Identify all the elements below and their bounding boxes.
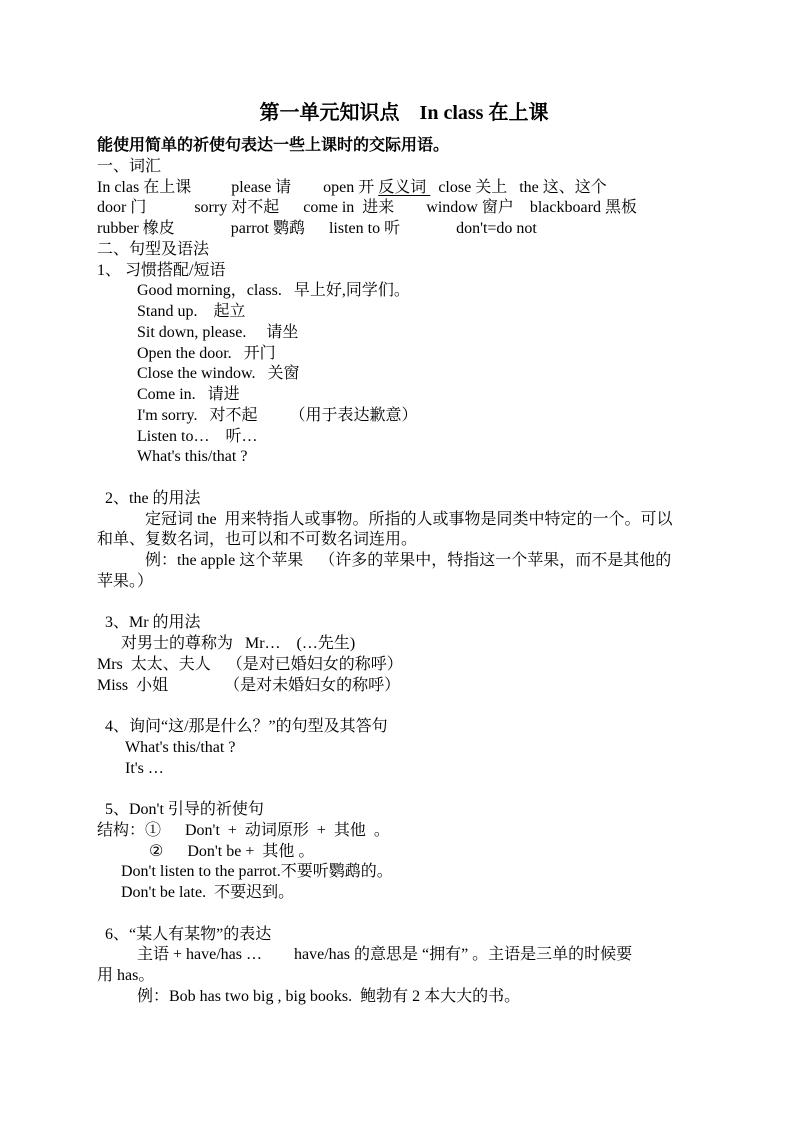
text-line: Come in. 请进 <box>97 385 713 406</box>
text-line: rubber 橡皮 parrot 鹦鹉 listen to 听 don't=do… <box>97 219 713 240</box>
text-line: 苹果。） <box>97 572 713 593</box>
text-segment: Don't listen to the parrot.不要听鹦鹉的。 <box>97 863 393 880</box>
text-segment: 定冠词 the 用来特指人或事物。所指的人或事物是同类中特定的一个。可以 <box>97 511 673 528</box>
text-segment: 用 has。 <box>97 967 154 984</box>
text-segment: door 门 sorry 对不起 come in 进来 window 窗户 bl… <box>97 199 637 216</box>
text-line <box>97 904 713 925</box>
text-segment: What's this/that ? <box>97 739 235 756</box>
text-line: Good morning，class. 早上好,同学们。 <box>97 281 713 302</box>
text-segment: Open the door. 开门 <box>97 345 276 362</box>
text-segment: 2、the 的用法 <box>97 490 201 507</box>
text-line: What's this/that ? <box>97 738 713 759</box>
text-segment: Come in. 请进 <box>97 386 240 403</box>
text-line: 1、 习惯搭配/短语 <box>97 261 713 282</box>
text-line: 4、询问“这/那是什么？”的句型及其答句 <box>97 717 713 738</box>
text-segment: Close the window. 关窗 <box>97 365 300 382</box>
text-segment: What's this/that ? <box>97 448 247 465</box>
text-line: 例：Bob has two big , big books. 鲍勃有 2 本大大… <box>97 987 713 1008</box>
text-line: 定冠词 the 用来特指人或事物。所指的人或事物是同类中特定的一个。可以 <box>97 510 713 531</box>
text-segment: Don't be late. 不要迟到。 <box>97 884 294 901</box>
text-line: It's … <box>97 759 713 780</box>
text-line: Mrs 太太、夫人 （是对已婚妇女的称呼） <box>97 655 713 676</box>
text-line: 能使用简单的祈使句表达一些上课时的交际用语。 <box>97 136 713 157</box>
document-page: 第一单元知识点 In class 在上课 能使用简单的祈使句表达一些上课时的交际… <box>0 0 793 1122</box>
text-line: door 门 sorry 对不起 come in 进来 window 窗户 bl… <box>97 198 713 219</box>
text-line: I'm sorry. 对不起 （用于表达歉意） <box>97 406 713 427</box>
text-line: 例：the apple 这个苹果 （许多的苹果中，特指这一个苹果，而不是其他的 <box>97 551 713 572</box>
text-segment: Sit down, please. 请坐 <box>97 324 298 341</box>
text-segment: Good morning，class. 早上好,同学们。 <box>97 282 410 299</box>
text-line: 用 has。 <box>97 966 713 987</box>
text-segment: 一、词汇 <box>97 158 161 175</box>
text-line: 二、句型及语法 <box>97 240 713 261</box>
text-segment: 1、 习惯搭配/短语 <box>97 262 225 279</box>
text-line <box>97 696 713 717</box>
underlined-term: 反义词 <box>378 179 430 196</box>
text-segment: I'm sorry. 对不起 （用于表达歉意） <box>97 407 418 424</box>
text-line: Close the window. 关窗 <box>97 364 713 385</box>
text-line <box>97 468 713 489</box>
text-line: Don't listen to the parrot.不要听鹦鹉的。 <box>97 862 713 883</box>
text-line: Listen to… 听… <box>97 427 713 448</box>
text-line: 主语 + have/has … have/has 的意思是 “拥有” 。主语是三… <box>97 945 713 966</box>
text-line: Open the door. 开门 <box>97 344 713 365</box>
text-line: 2、the 的用法 <box>97 489 713 510</box>
text-segment: 例：Bob has two big , big books. 鲍勃有 2 本大大… <box>97 988 520 1005</box>
document-body: 能使用简单的祈使句表达一些上课时的交际用语。一、词汇In clas 在上课 pl… <box>97 136 713 1008</box>
text-line: 和单、复数名词，也可以和不可数名词连用。 <box>97 530 713 551</box>
text-segment: 例：the apple 这个苹果 （许多的苹果中，特指这一个苹果，而不是其他的 <box>97 552 671 569</box>
text-segment: Mrs 太太、夫人 （是对已婚妇女的称呼） <box>97 656 403 673</box>
text-line: Miss 小姐 （是对未婚妇女的称呼） <box>97 676 713 697</box>
text-segment: 结构：① Don't + 动词原形 + 其他 。 <box>97 822 390 839</box>
text-segment: 6、“某人有某物”的表达 <box>97 926 271 943</box>
text-segment: Listen to… 听… <box>97 428 257 445</box>
text-segment: 5、Don't 引导的祈使句 <box>97 801 264 818</box>
text-line: 3、Mr 的用法 <box>97 613 713 634</box>
text-line <box>97 593 713 614</box>
text-line: ② Don't be + 其他 。 <box>97 842 713 863</box>
document-title: 第一单元知识点 In class 在上课 <box>97 101 711 125</box>
text-segment: It's … <box>97 760 164 777</box>
text-segment: 和单、复数名词，也可以和不可数名词连用。 <box>97 531 417 548</box>
text-line: Sit down, please. 请坐 <box>97 323 713 344</box>
text-segment: Miss 小姐 （是对未婚妇女的称呼） <box>97 677 400 694</box>
text-segment: Stand up. 起立 <box>97 303 245 320</box>
text-line: 结构：① Don't + 动词原形 + 其他 。 <box>97 821 713 842</box>
text-line: Don't be late. 不要迟到。 <box>97 883 713 904</box>
text-segment: ② Don't be + 其他 。 <box>97 843 314 860</box>
text-segment: 4、询问“这/那是什么？”的句型及其答句 <box>97 718 388 735</box>
text-line: In clas 在上课 please 请 open 开 反义词 close 关上… <box>97 178 713 199</box>
text-segment: close 关上 the 这、这个 <box>430 179 606 196</box>
text-line: 一、词汇 <box>97 157 713 178</box>
text-line: What's this/that ? <box>97 447 713 468</box>
text-line <box>97 779 713 800</box>
text-segment: 苹果。） <box>97 573 153 590</box>
text-line: Stand up. 起立 <box>97 302 713 323</box>
text-segment: 二、句型及语法 <box>97 241 209 258</box>
text-segment: 能使用简单的祈使句表达一些上课时的交际用语。 <box>97 137 449 154</box>
text-segment: 对男士的尊称为 Mr… (…先生) <box>97 635 355 652</box>
text-segment: In clas 在上课 please 请 open 开 <box>97 179 378 196</box>
text-segment: rubber 橡皮 parrot 鹦鹉 listen to 听 don't=do… <box>97 220 537 237</box>
text-line: 对男士的尊称为 Mr… (…先生) <box>97 634 713 655</box>
text-line: 5、Don't 引导的祈使句 <box>97 800 713 821</box>
text-line: 6、“某人有某物”的表达 <box>97 925 713 946</box>
text-segment: 3、Mr 的用法 <box>97 614 201 631</box>
text-segment: 主语 + have/has … have/has 的意思是 “拥有” 。主语是三… <box>97 946 632 963</box>
